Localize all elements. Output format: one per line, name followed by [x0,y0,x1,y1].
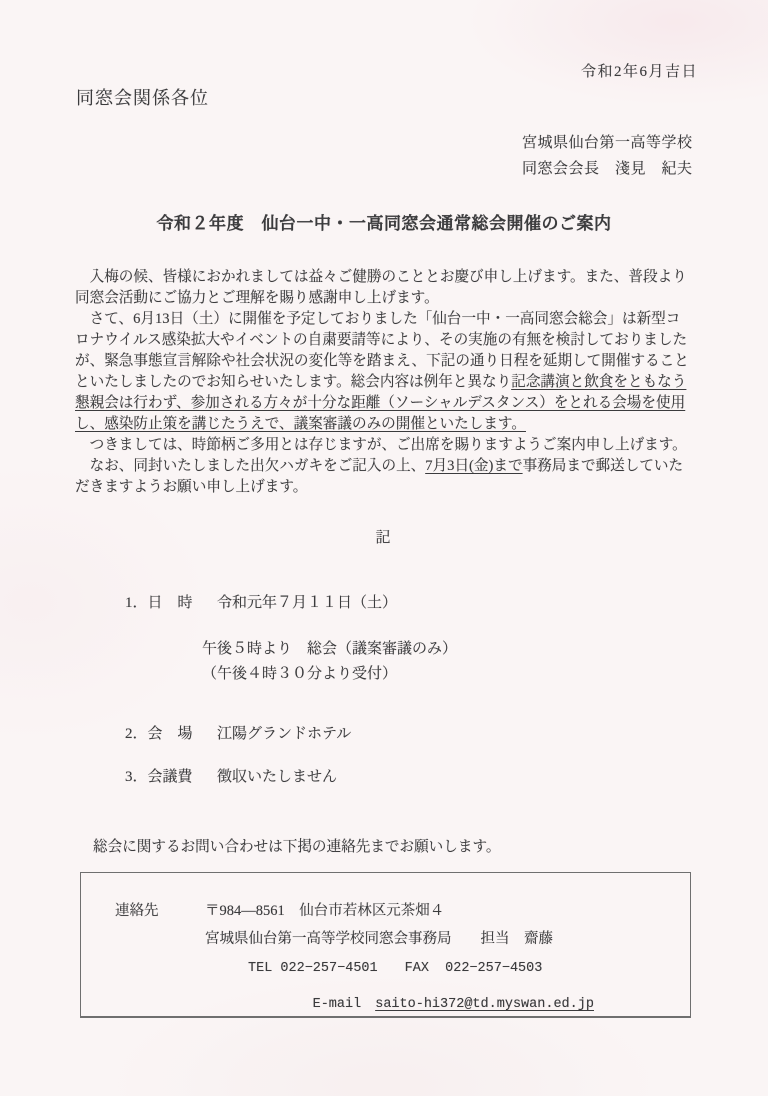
text-run: が、緊急事態宣言解除や社会状況の変化等を踏まえ、下記の通り日程を延期して開催する… [75,353,689,369]
sender-block: 宮城県仙台第一高等学校 同窓会会長 淺見 紀夫 [522,130,693,182]
text-run: 事務局まで郵送していた [523,458,684,474]
item-row-fee: 3．会議費徴収いたしません [110,748,337,803]
text-run: 入梅の候、皆様におかれましては益々ご健勝のこととお慶び申し上げます。また、普段よ… [75,269,687,285]
item-number-label: 2．会 場 [125,722,217,743]
item-value: 江陽グランドホテル [217,726,351,742]
body-line: が、緊急事態宣言解除や社会状況の変化等を踏まえ、下記の通り日程を延期して開催する… [75,351,707,372]
body-line: し、感染防止策を講じたうえで、議案審議のみの開催といたします。 [75,414,707,435]
letter-title: 令和２年度 仙台一中・一高同窓会通常総会開催のご案内 [0,209,768,234]
underlined-text-run: 懇親会は行わず、参加される方々が十分な距離（ソーシャルデスタンス）をとれる会場を… [75,395,685,411]
text-run: なお、同封いたしました出欠ハガキをご記入の上、 [75,458,425,474]
sender-chair-line: 同窓会会長 淺見 紀夫 [522,156,693,182]
underlined-text-run: 7月3日(金)まで [425,458,522,474]
text-run: といたしましたのでお知らせいたします。総会内容は例年と異なり [75,374,511,390]
sender-school-line: 宮城県仙台第一高等学校 [522,130,693,156]
ki-marker: 記 [0,526,768,547]
item-number-label: 1．日 時 [125,591,217,612]
text-run: さて、6月13日（土）に開催を予定しておりました「仙台一中・一高同窓会総会」は新… [75,311,680,327]
body-line: といたしましたのでお知らせいたします。総会内容は例年と異なり記念講演と飲食をとも… [75,372,707,393]
contact-office-line: 宮城県仙台第一高等学校同窓会事務局 担当 齋藤 [205,927,553,948]
body-line: だきますようお願い申し上げます。 [75,477,707,498]
date-line: 令和2年6月吉日 [581,60,698,81]
item-row-datetime: 1．日 時令和元年７月１１日（土） [110,574,397,629]
item-subline: 午後５時より 総会（議案審議のみ） [202,637,457,658]
text-run: 同窓会活動にご協力とご理解を賜り感謝申し上げます。 [75,290,439,306]
text-run: ロナウイルス感染拡大やイベントの自粛要請等により、その実施の有無を検討しておりま… [75,332,687,348]
item-subline: （午後４時３０分より受付） [202,662,397,683]
body-line: 入梅の候、皆様におかれましては益々ご健勝のこととお慶び申し上げます。また、普段よ… [75,267,707,288]
scanned-letter: 令和2年6月吉日 同窓会関係各位 宮城県仙台第一高等学校 同窓会会長 淺見 紀夫… [0,0,768,1096]
body-line: つきましては、時節柄ご多用とは存じますが、ご出席を賜りますようご案内申し上げます… [75,435,707,456]
item-number-label: 3．会議費 [125,765,217,786]
text-run: つきましては、時節柄ご多用とは存じますが、ご出席を賜りますようご案内申し上げます… [75,437,687,453]
item-value: 徴収いたしません [217,769,337,785]
inquiry-note: 総会に関するお問い合わせは下掲の連絡先までお願いします。 [93,835,500,856]
contact-email-line: E-mailsaito-hi372@td.myswan.ed.jp [264,982,594,1027]
addressee: 同窓会関係各位 [76,84,209,110]
body-line: さて、6月13日（土）に開催を予定しておりました「仙台一中・一高同窓会総会」は新… [75,309,707,330]
email-address: saito-hi372@td.myswan.ed.jp [375,997,594,1012]
underlined-text-run: 記念講演と飲食をともなう [511,374,686,390]
contact-telfax-line: TEL 022−257−4501 FAX 022−257−4503 [248,955,542,976]
item-value: 令和元年７月１１日（土） [217,595,397,611]
text-run: だきますようお願い申し上げます。 [75,479,307,495]
contact-box: 連絡先 〒984—8561 仙台市若林区元茶畑４ 宮城県仙台第一高等学校同窓会事… [80,872,691,1018]
body-text: 入梅の候、皆様におかれましては益々ご健勝のこととお慶び申し上げます。また、普段よ… [75,267,707,498]
underlined-text-run: し、感染防止策を講じたうえで、議案審議のみの開催といたします。 [75,416,526,432]
contact-address-line: 〒984—8561 仙台市若林区元茶畑４ [205,899,444,920]
email-label: E-mail [313,997,362,1012]
body-line: ロナウイルス感染拡大やイベントの自粛要請等により、その実施の有無を検討しておりま… [75,330,707,351]
body-line: なお、同封いたしました出欠ハガキをご記入の上、7月3日(金)まで事務局まで郵送し… [75,456,707,477]
body-line: 同窓会活動にご協力とご理解を賜り感謝申し上げます。 [75,288,707,309]
body-line: 懇親会は行わず、参加される方々が十分な距離（ソーシャルデスタンス）をとれる会場を… [75,393,707,414]
contact-label: 連絡先 [115,899,159,920]
